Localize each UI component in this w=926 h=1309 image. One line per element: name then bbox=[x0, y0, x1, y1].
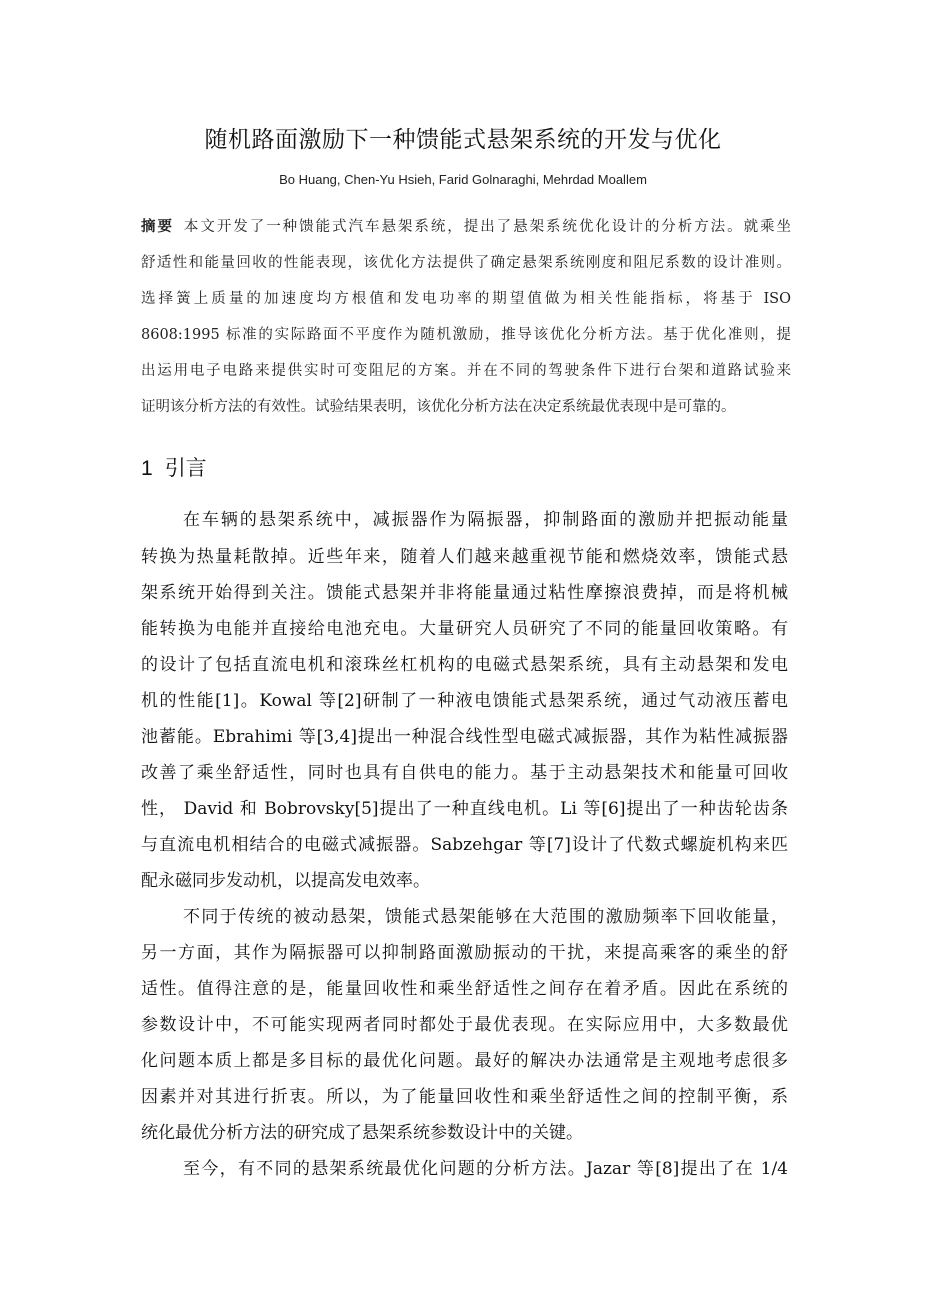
paper-title: 随机路面激励下一种馈能式悬架系统的开发与优化 bbox=[0, 121, 926, 154]
paragraph-line: 适性。值得注意的是，能量回收性和乘坐舒适性之间存在着矛盾。因此在系统的 bbox=[141, 977, 788, 1001]
paragraph-line: 至今，有不同的悬架系统最优化问题的分析方法。Jazar 等[8]提出了在 1/4 bbox=[183, 1157, 788, 1181]
paragraph-line: 另一方面，其作为隔振器可以抑制路面激励振动的干扰，来提高乘客的乘坐的舒 bbox=[141, 941, 788, 965]
paragraph-line: 架系统开始得到关注。馈能式悬架并非将能量通过粘性摩擦浪费掉，而是将机械 bbox=[141, 581, 788, 605]
abstract-line: 选择簧上质量的加速度均方根值和发电功率的期望值做为相关性能指标，将基于 ISO bbox=[141, 289, 791, 309]
paragraph-line: 能转换为电能并直接给电池充电。大量研究人员研究了不同的能量回收策略。有 bbox=[141, 617, 788, 641]
paragraph-line: 与直流电机相结合的电磁式减振器。Sabzehgar 等[7]设计了代数式螺旋机构… bbox=[141, 833, 788, 857]
paragraph-line: 池蓄能。Ebrahimi 等[3,4]提出一种混合线性型电磁式减振器，其作为粘性… bbox=[141, 725, 788, 749]
paragraph-line: 转换为热量耗散掉。近些年来，随着人们越来越重视节能和燃烧效率，馈能式悬 bbox=[141, 545, 788, 569]
paragraph-line: 改善了乘坐舒适性，同时也具有自供电的能力。基于主动悬架技术和能量可回收 bbox=[141, 761, 788, 785]
paragraph-line: 在车辆的悬架系统中，减振器作为隔振器，抑制路面的激励并把振动能量 bbox=[183, 508, 788, 532]
paragraph-line: 因素并对其进行折衷。所以，为了能量回收性和乘坐舒适性之间的控制平衡，系 bbox=[141, 1085, 788, 1109]
paragraph-line: 化问题本质上都是多目标的最优化问题。最好的解决办法通常是主观地考虑很多 bbox=[141, 1049, 788, 1073]
abstract-line: 证明该分析方法的有效性。试验结果表明，该优化分析方法在决定系统最优表现中是可靠的… bbox=[141, 397, 791, 417]
paragraph-line: 统化最优分析方法的研究成了悬架系统参数设计中的关键。 bbox=[141, 1121, 788, 1145]
section-title: 引言 bbox=[165, 456, 207, 480]
paragraph-line: 机的性能[1]。Kowal 等[2]研制了一种液电馈能式悬架系统，通过气动液压蓄… bbox=[141, 689, 788, 713]
paragraph-line: 参数设计中，不可能实现两者同时都处于最优表现。在实际应用中，大多数最优 bbox=[141, 1013, 788, 1037]
section-number: 1 bbox=[141, 457, 153, 480]
abstract-label: 摘要 bbox=[141, 219, 174, 235]
abstract-line: 摘要本文开发了一种馈能式汽车悬架系统，提出了悬架系统优化设计的分析方法。就乘坐 bbox=[141, 217, 791, 237]
paragraph-line: 不同于传统的被动悬架，馈能式悬架能够在大范围的激励频率下回收能量， bbox=[183, 905, 788, 929]
paragraph-line: 的设计了包括直流电机和滚珠丝杠机构的电磁式悬架系统，具有主动悬架和发电 bbox=[141, 653, 788, 677]
abstract-line: 舒适性和能量回收的性能表现，该优化方法提供了确定悬架系统刚度和阻尼系数的设计准则… bbox=[141, 253, 791, 273]
abstract-line: 出运用电子电路来提供实时可变阻尼的方案。并在不同的驾驶条件下进行台架和道路试验来 bbox=[141, 361, 791, 381]
abstract-line: 8608:1995 标准的实际路面不平度作为随机激励，推导该优化分析方法。基于优… bbox=[141, 325, 791, 345]
author-list: Bo Huang, Chen-Yu Hsieh, Farid Golnaragh… bbox=[0, 172, 926, 187]
paragraph-line: 性， David 和 Bobrovsky[5]提出了一种直线电机。Li 等[6]… bbox=[141, 797, 788, 821]
section-heading: 1引言 bbox=[141, 452, 207, 482]
paragraph-line: 配永磁同步发动机，以提高发电效率。 bbox=[141, 869, 788, 893]
